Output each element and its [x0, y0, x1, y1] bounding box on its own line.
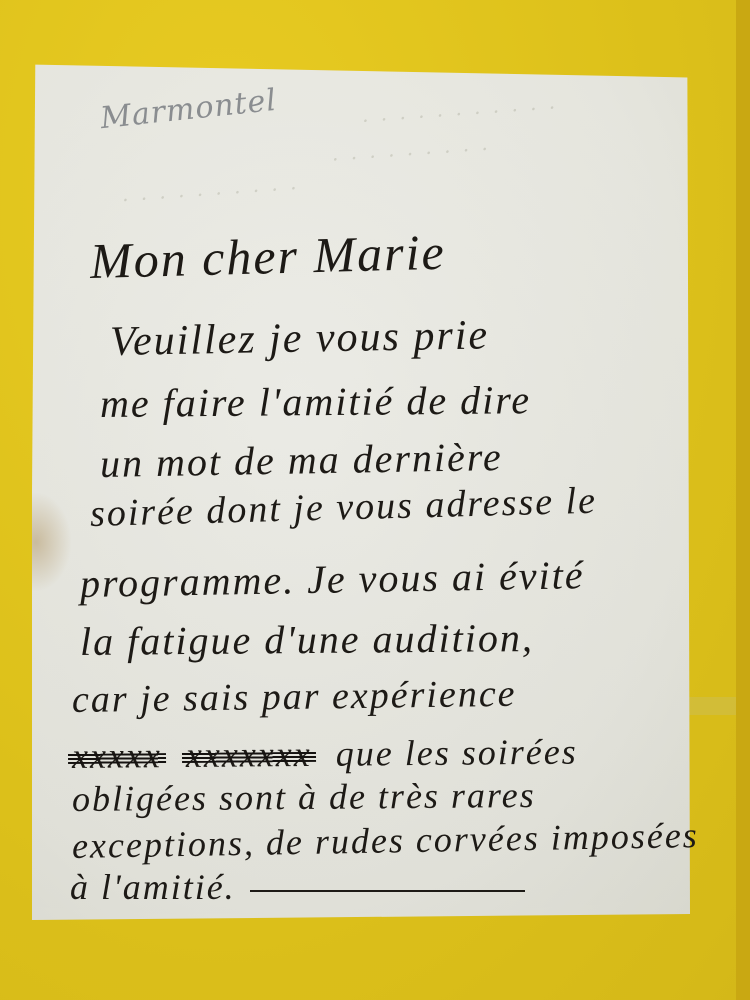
- letter-line: Veuillez je vous prie: [110, 311, 490, 366]
- bleed-through-text: · · · · · · · · · · ·: [361, 95, 559, 133]
- struck-out-word: xxxxx: [72, 734, 162, 777]
- letter-line: obligées sont à de très rares: [72, 774, 536, 820]
- closing-flourish-line: [250, 890, 525, 892]
- letter-closing-line: à l'amitié.: [70, 866, 525, 908]
- backdrop-edge-strip: [736, 0, 750, 1000]
- salutation: Mon cher Marie: [89, 223, 446, 290]
- tape-mark: [688, 697, 736, 715]
- letter-line: programme. Je vous ai évité: [80, 551, 585, 607]
- bleed-through-text: · · · · · · · · ·: [331, 136, 491, 171]
- letter-line-text: que les soirées: [336, 732, 578, 774]
- letter-line: me faire l'amitié de dire: [100, 376, 531, 427]
- letter-line-text: à l'amitié.: [70, 867, 236, 907]
- struck-out-word: xxxxxxx: [186, 733, 312, 776]
- paper-stain: [32, 492, 72, 592]
- letter-line: la fatigue d'une audition,: [80, 614, 534, 665]
- letter-line: car je sais par expérience: [72, 672, 517, 722]
- letter-line-with-strikeout: xxxxxxxxxxxxque les soirées: [72, 731, 578, 777]
- bleed-through-text: · · · · · · · · · ·: [121, 176, 300, 212]
- letter-line: un mot de ma dernière: [100, 433, 503, 487]
